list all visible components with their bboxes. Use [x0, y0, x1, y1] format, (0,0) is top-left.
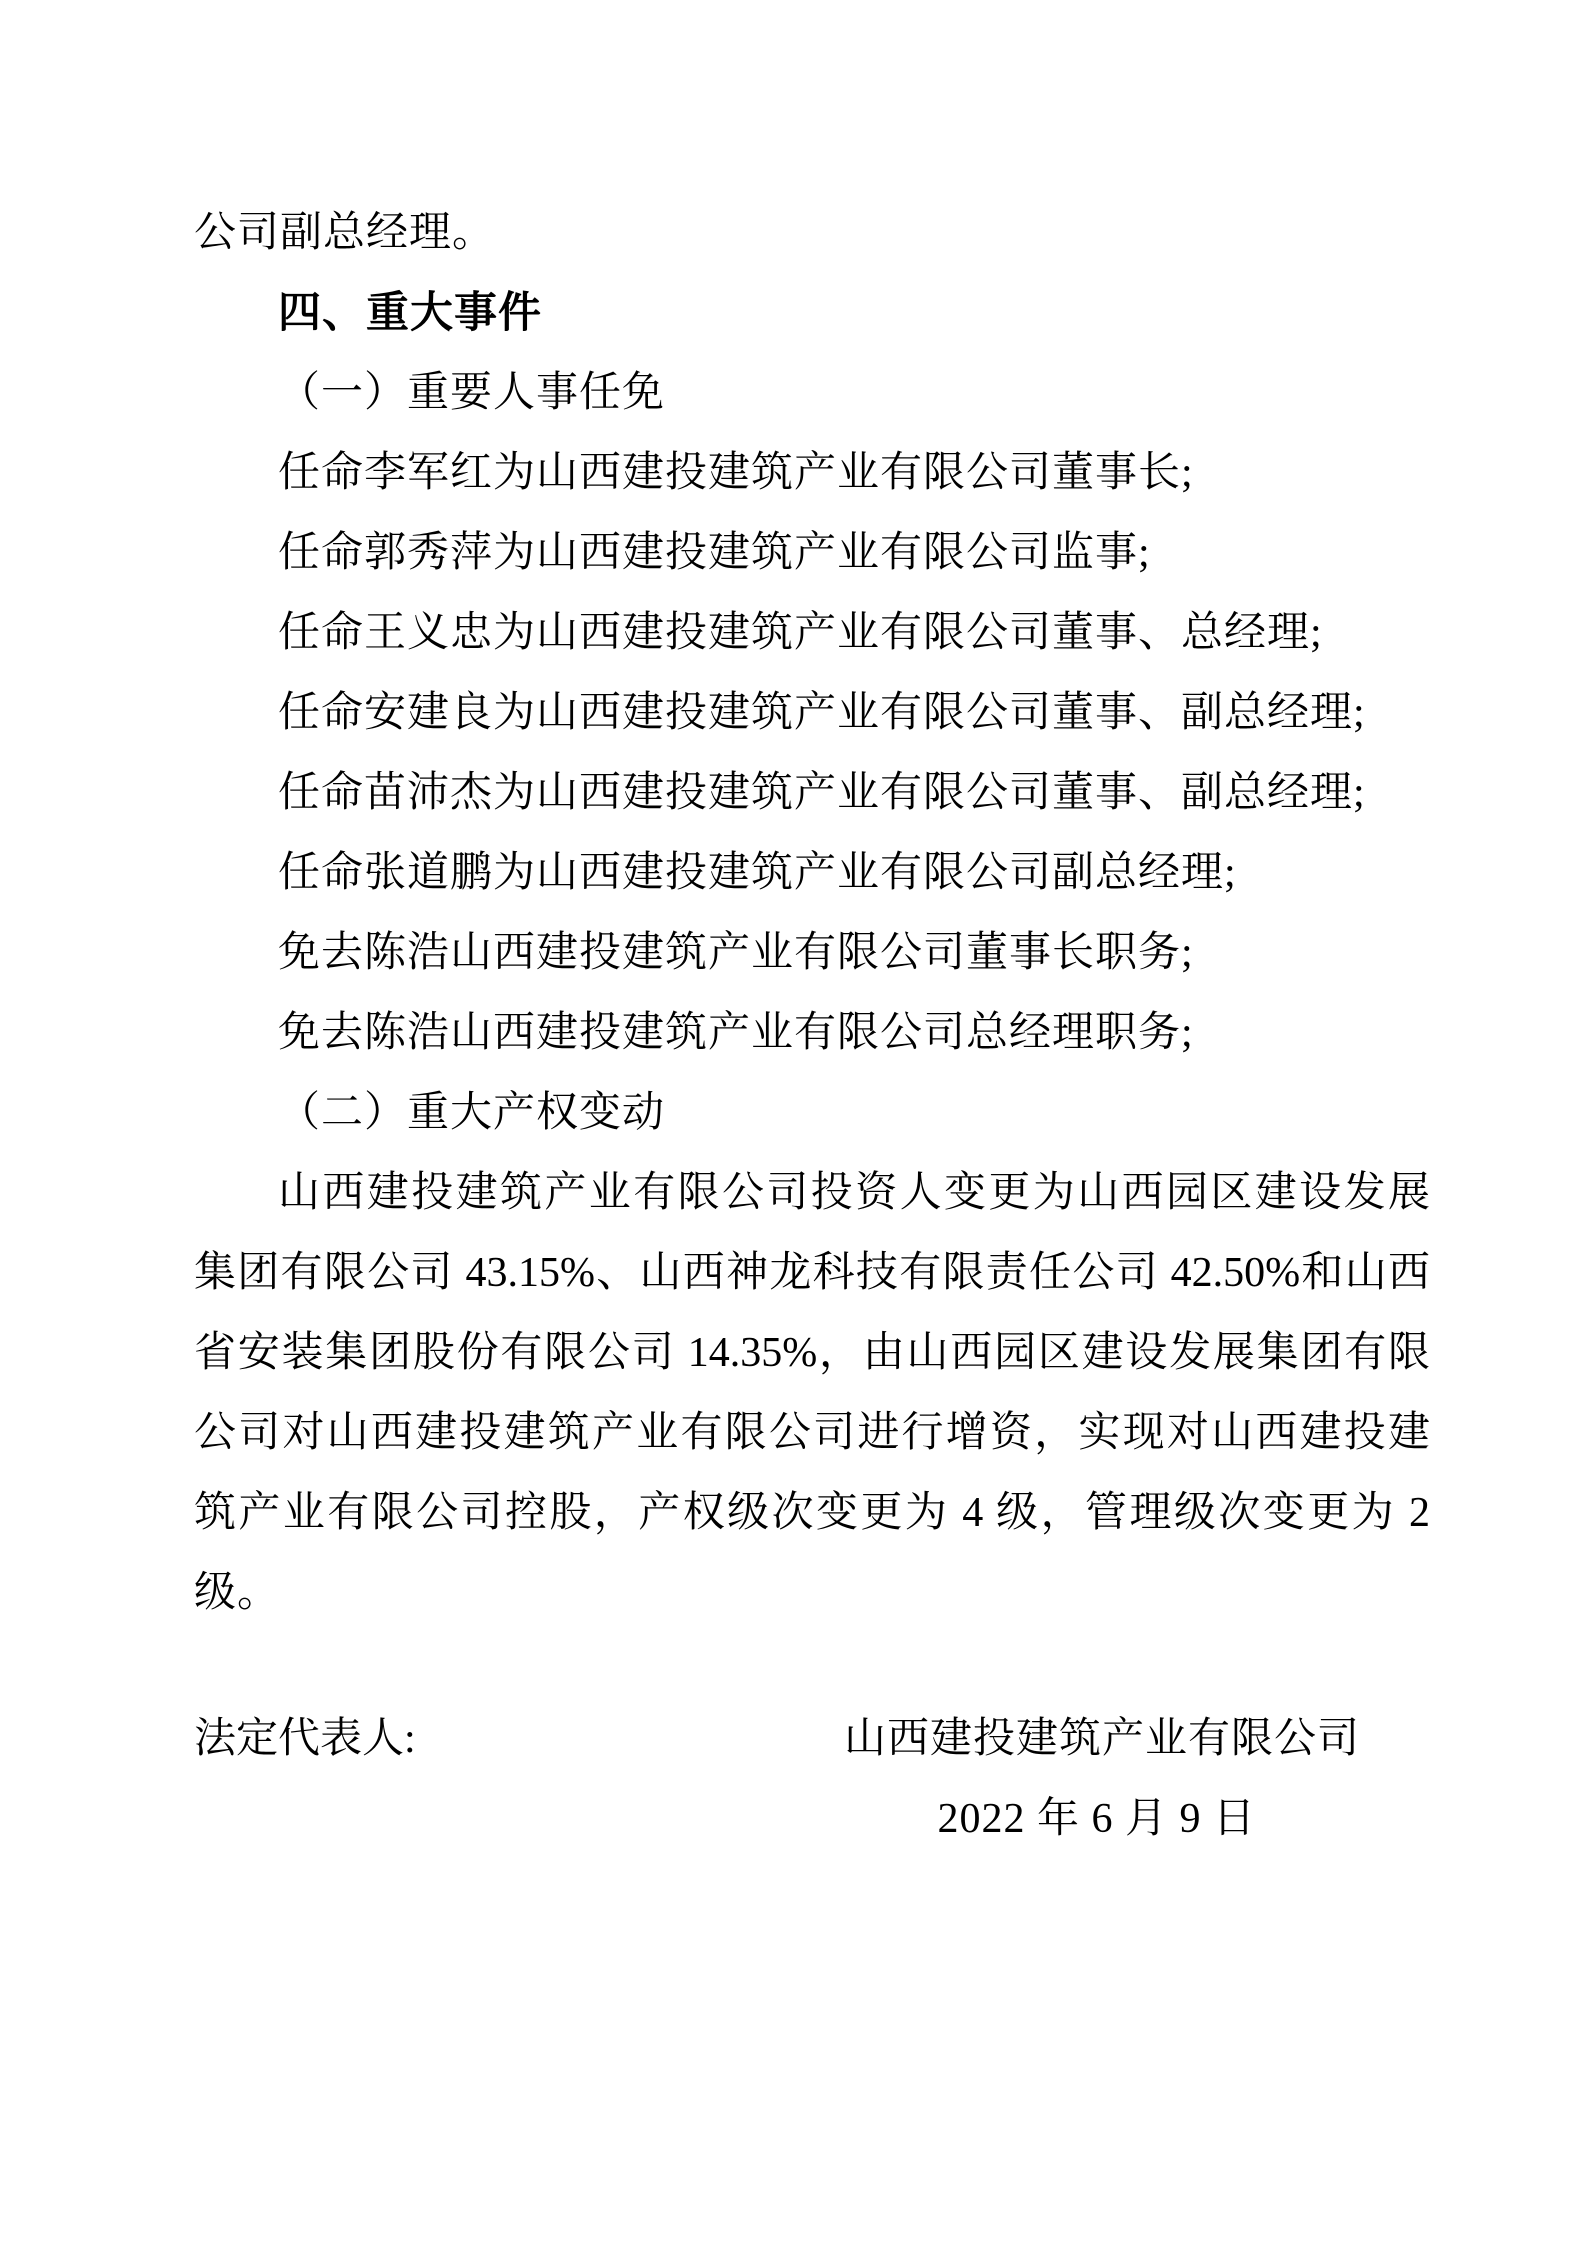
subsection-heading-2: （二）重大产权变动: [194, 1073, 1430, 1153]
appointment-line: 任命苗沛杰为山西建投建筑产业有限公司董事、副总经理;: [194, 753, 1430, 833]
paragraph-line: 集团有限公司 43.15%、山西神龙科技有限责任公司 42.50%和山西: [194, 1233, 1430, 1313]
appointment-line: 任命安建良为山西建投建筑产业有限公司董事、副总经理;: [194, 673, 1430, 753]
document-page: 公司副总经理。 四、重大事件 （一）重要人事任免 任命李军红为山西建投建筑产业有…: [0, 0, 1587, 2245]
appointment-line: 任命王义忠为山西建投建筑产业有限公司董事、总经理;: [194, 593, 1430, 673]
company-name: 山西建投建筑产业有限公司: [844, 1699, 1360, 1779]
subsection-heading-1: （一）重要人事任免: [194, 353, 1430, 433]
document-body: 公司副总经理。 四、重大事件 （一）重要人事任免 任命李军红为山西建投建筑产业有…: [194, 193, 1430, 1859]
paragraph-line: 级。: [194, 1553, 1430, 1633]
appointment-line: 任命郭秀萍为山西建投建筑产业有限公司监事;: [194, 513, 1430, 593]
appointment-line: 任命张道鹏为山西建投建筑产业有限公司副总经理;: [194, 833, 1430, 913]
intro-line: 公司副总经理。: [194, 193, 1430, 273]
paragraph-line: 省安装集团股份有限公司 14.35%，由山西园区建设发展集团有限: [194, 1313, 1430, 1393]
date-line: 2022 年 6 月 9 日: [194, 1779, 1430, 1859]
paragraph-line: 公司对山西建投建筑产业有限公司进行增资，实现对山西建投建: [194, 1393, 1430, 1473]
appointment-line: 免去陈浩山西建投建筑产业有限公司总经理职务;: [194, 993, 1430, 1073]
appointment-line: 任命李军红为山西建投建筑产业有限公司董事长;: [194, 433, 1430, 513]
paragraph-line: 筑产业有限公司控股，产权级次变更为 4 级，管理级次变更为 2: [194, 1473, 1430, 1553]
paragraph-line: 山西建投建筑产业有限公司投资人变更为山西园区建设发展: [194, 1153, 1430, 1233]
legal-representative-label: 法定代表人:: [194, 1699, 416, 1779]
section-heading: 四、重大事件: [194, 273, 1430, 353]
signature-row: 法定代表人: 山西建投建筑产业有限公司: [194, 1699, 1430, 1779]
appointment-line: 免去陈浩山西建投建筑产业有限公司董事长职务;: [194, 913, 1430, 993]
signature-block: 法定代表人: 山西建投建筑产业有限公司 2022 年 6 月 9 日: [194, 1699, 1430, 1859]
